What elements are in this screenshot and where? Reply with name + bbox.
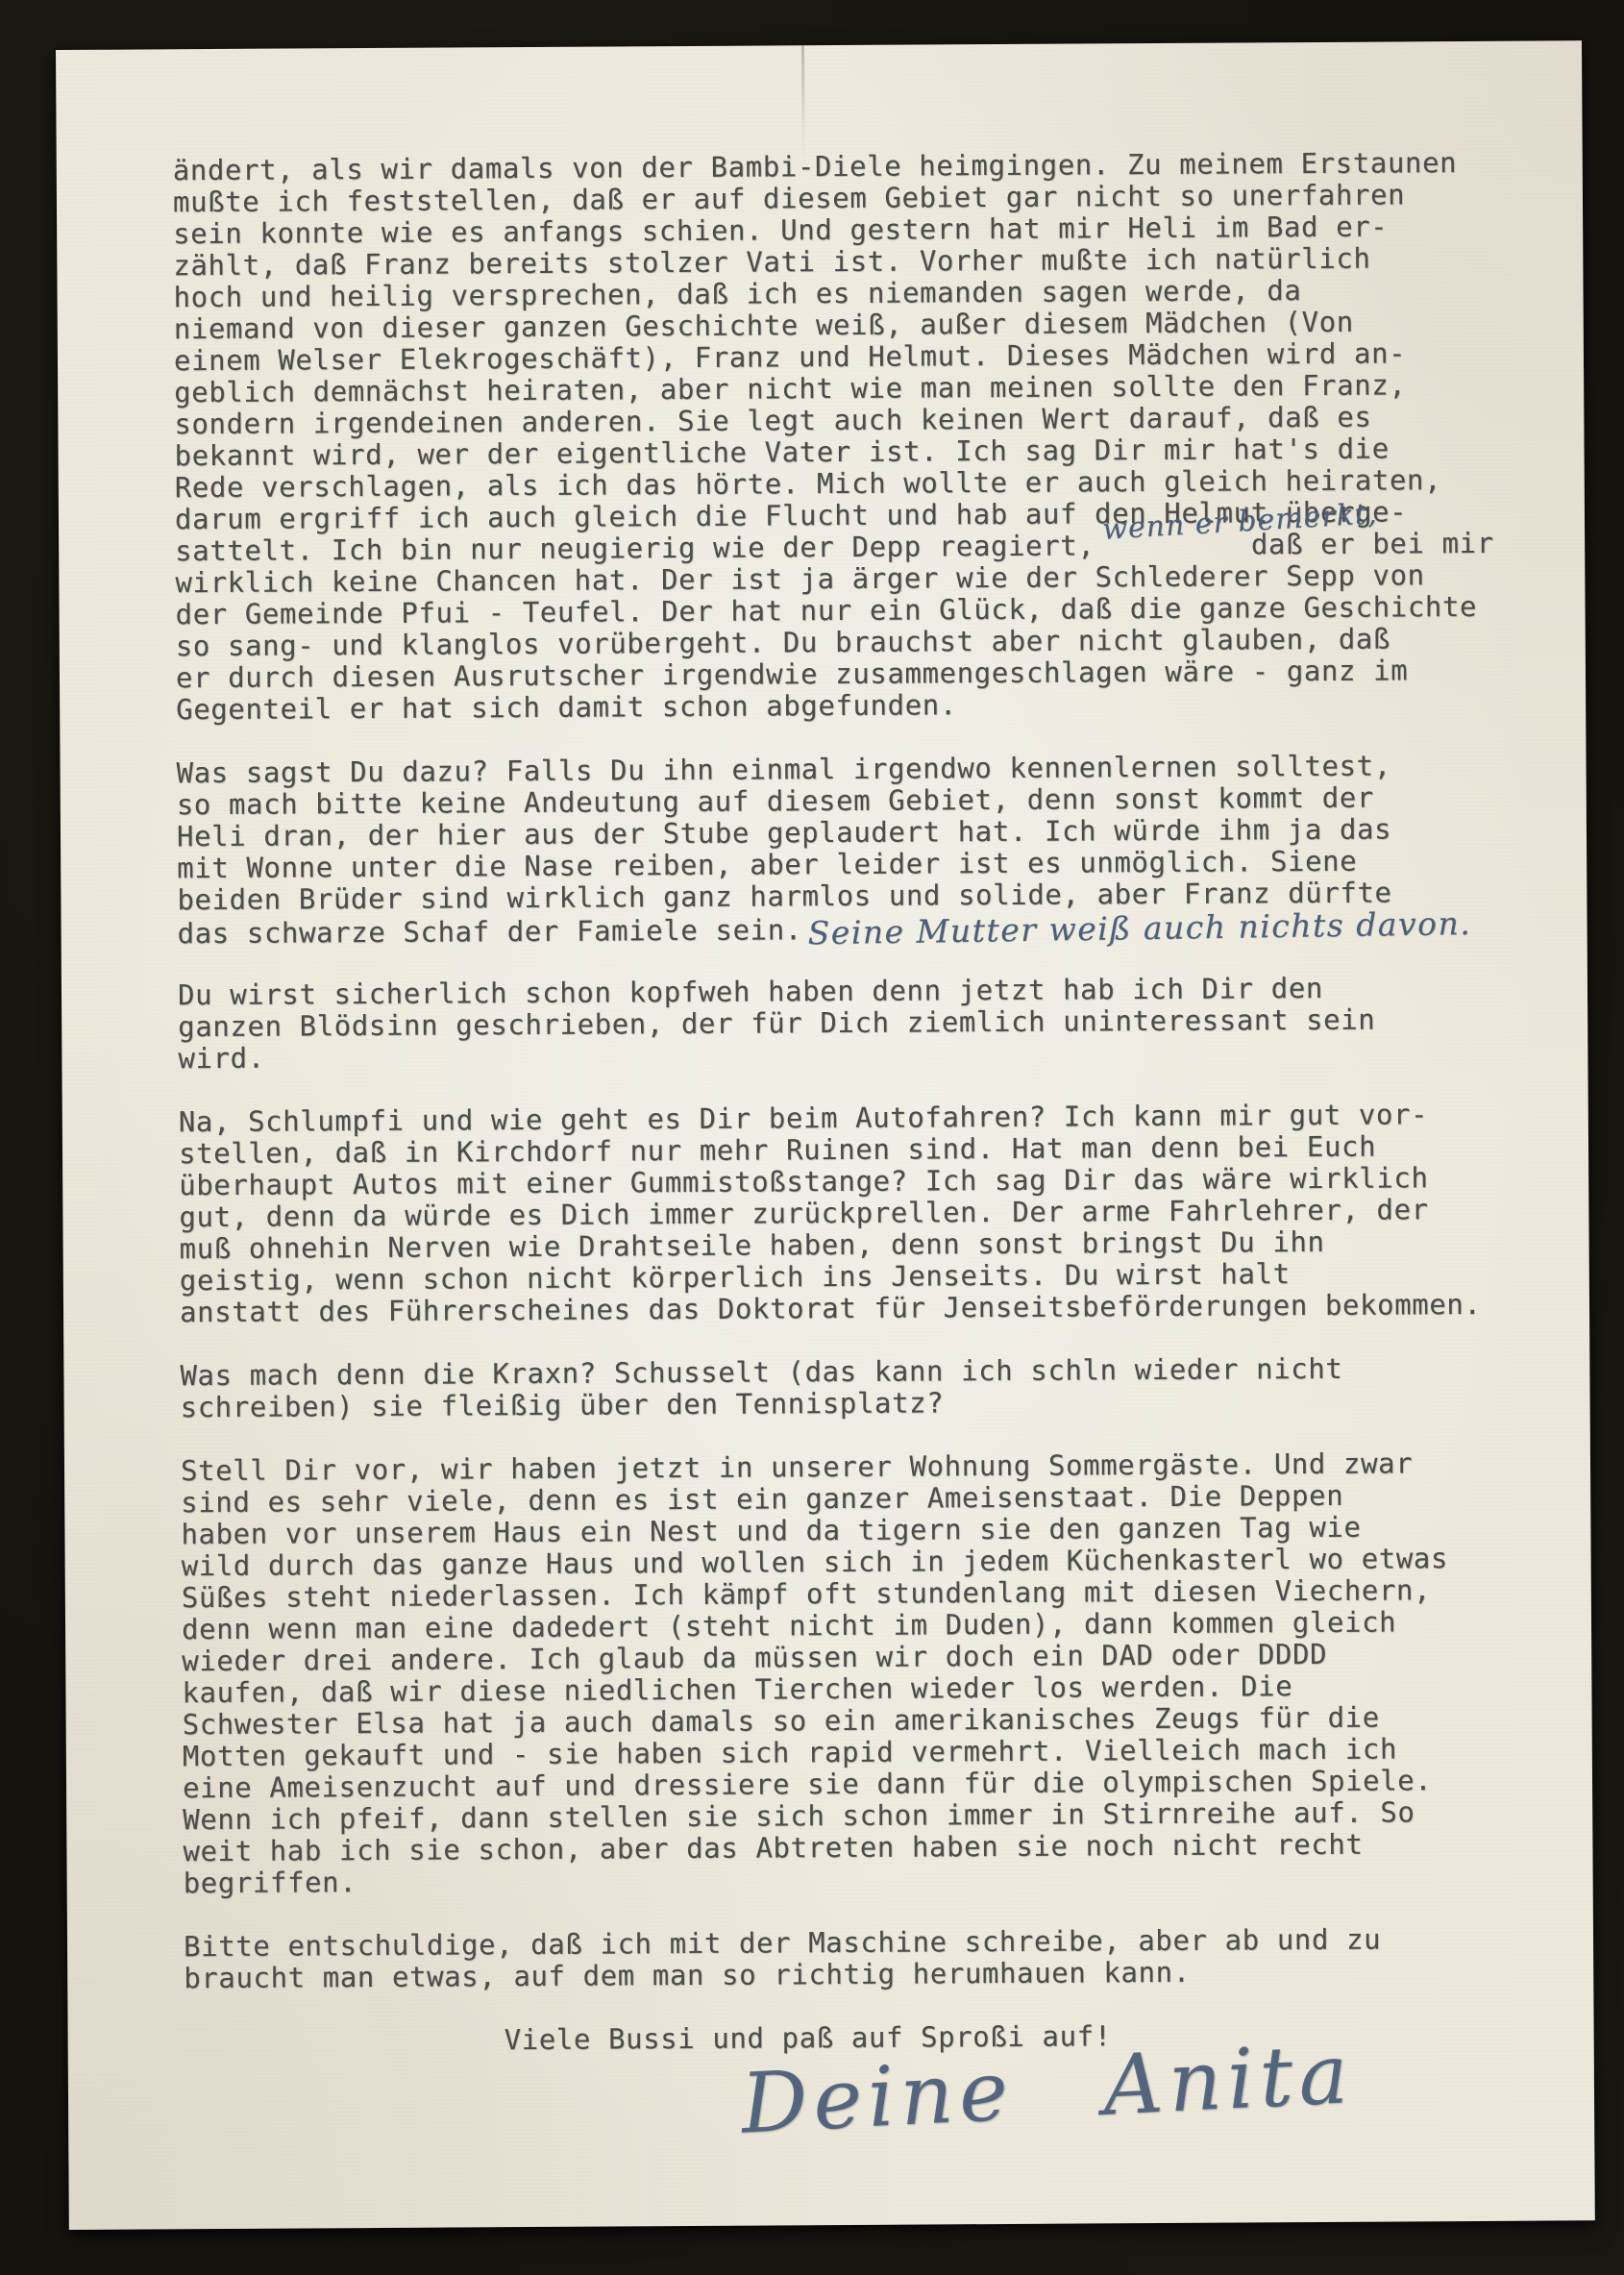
typed-line: schreiben) sie fleißig über den Tennispl… xyxy=(181,1383,1555,1423)
letter-paragraph: Was sagst Du dazu? Falls Du ihn einmal i… xyxy=(176,750,1551,949)
typed-line: braucht man etwas, auf dem man so richti… xyxy=(184,1954,1558,1994)
typed-line-segment: das schwarze Schaf der Famiele sein. xyxy=(178,913,802,950)
typewritten-text-block: ändert, als wir damals von der Bambi-Die… xyxy=(173,147,1559,2059)
letter-page: ändert, als wir damals von der Bambi-Die… xyxy=(56,40,1595,2230)
paper-fold-crease xyxy=(801,45,805,161)
letter-paragraph: Bitte entschuldige, daß ich mit der Masc… xyxy=(184,1922,1558,1994)
letter-paragraph: Du wirst sicherlich schon kopfweh haben … xyxy=(178,972,1553,1076)
typed-line: anstatt des Führerscheines das Doktorat … xyxy=(180,1289,1554,1329)
letter-paragraph: ändert, als wir damals von der Bambi-Die… xyxy=(173,147,1551,727)
handwritten-margin-note: Seine Mutter weiß auch nichts davon. xyxy=(808,907,1472,949)
letter-paragraph: Was mach denn die Kraxn? Schusselt (das … xyxy=(180,1352,1554,1424)
letter-paragraph: Stell Dir vor, wir haben jetzt in unsere… xyxy=(181,1447,1558,1899)
scanned-letter-photo: { "page": { "background_color": "#16130f… xyxy=(0,0,1624,2275)
letter-paragraph: Na, Schlumpfi und wie geht es Dir beim A… xyxy=(179,1099,1554,1329)
typed-line: Gegenteil er hat sich damit schon abgefu… xyxy=(176,686,1550,727)
